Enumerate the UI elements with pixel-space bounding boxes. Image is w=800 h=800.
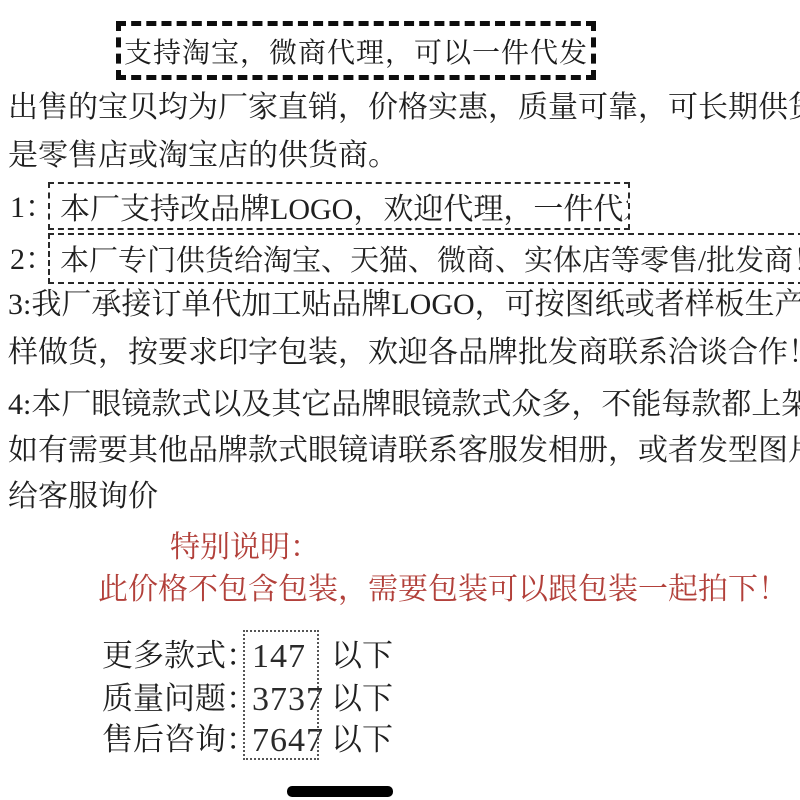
point-3-line-2: 样做货，按要求印字包装，欢迎各品牌批发商联系洽谈合作！！ [8,335,800,371]
point-4-line-3: 给客服询价 [8,479,158,515]
point-1-dashed-box: 本厂支持改品牌LOGO，欢迎代理，一件代发！ [48,182,630,230]
point-2-text: 本厂专门供货给淘宝、天猫、微商、实体店等零售/批发商！ [60,238,800,279]
service-label: 售后咨询： [102,721,257,758]
service-label: 质量问题： [102,680,257,717]
intro-line-2: 是零售店或淘宝店的供货商。 [8,138,398,174]
point-2-dashed-box: 本厂专门供货给淘宝、天猫、微商、实体店等零售/批发商！ [48,233,800,284]
values-dotted-box [243,630,319,760]
special-note-title: 特别说明： [170,530,320,566]
point-1-text: 本厂支持改品牌LOGO，欢迎代理，一件代发！ [60,184,630,228]
point-4-line-2: 如有需要其他品牌款式眼镜请联系客服发相册，或者发型图片 [8,433,800,469]
service-suffix: 以下 [331,721,393,758]
service-label: 更多款式： [102,637,257,674]
home-indicator-bar [287,786,393,797]
header-text: 支持淘宝，微商代理，可以一件代发 [124,31,588,71]
service-suffix: 以下 [331,680,393,717]
intro-line-1: 出售的宝贝均为厂家直销，价格实惠，质量可靠，可长期供货 [8,90,800,126]
point-3-line-1: 3:我厂承接订单代加工贴品牌LOGO，可按图纸或者样板生产打 [8,287,800,323]
special-note-body: 此价格不包含包装，需要包装可以跟包装一起拍下！ [98,572,788,608]
point-4-line-1: 4:本厂眼镜款式以及其它品牌眼镜款式众多，不能每款都上架 [8,387,800,423]
service-suffix: 以下 [331,637,393,674]
product-notice-page: 支持淘宝，微商代理，可以一件代发 出售的宝贝均为厂家直销，价格实惠，质量可靠，可… [0,0,800,800]
header-dashed-box: 支持淘宝，微商代理，可以一件代发 [116,21,596,80]
